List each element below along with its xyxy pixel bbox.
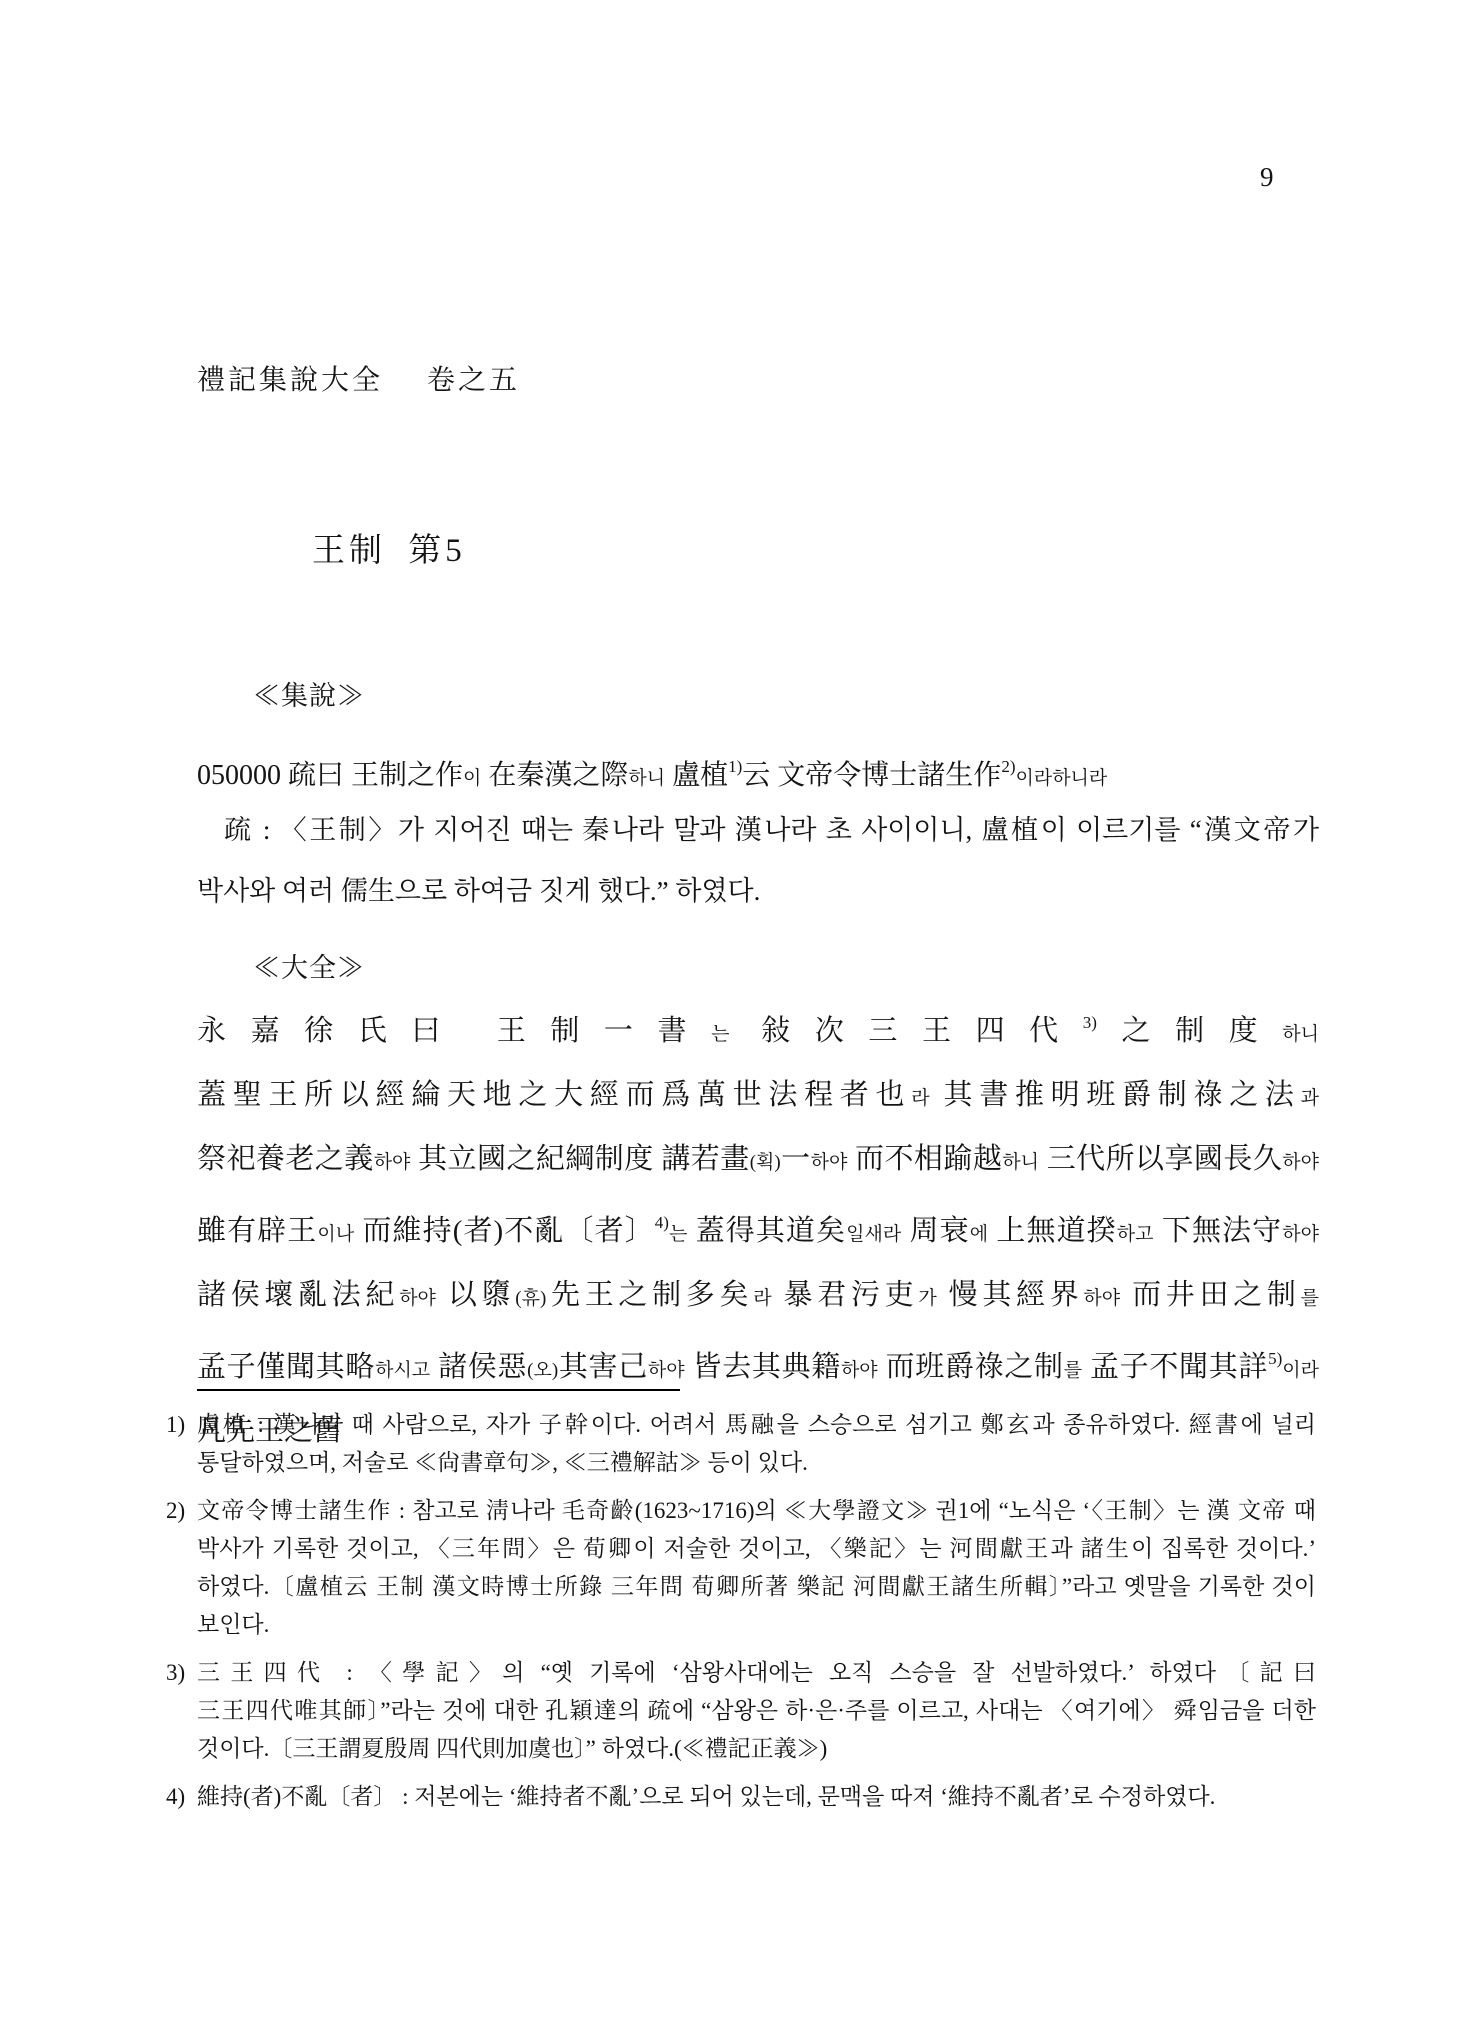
- footnote-item: 4) 維持(者)不亂〔者〕 : 저본에는 ‘維持者不亂’으로 되어 있는데, 문…: [166, 1778, 1316, 1816]
- footnote-item: 1) 盧植 : 漢나라 때 사람으로, 자가 子幹이다. 어려서 馬融을 스승으…: [166, 1406, 1316, 1482]
- page-number: 9: [1260, 162, 1274, 193]
- footnote-text: 盧植 : 漢나라 때 사람으로, 자가 子幹이다. 어려서 馬融을 스승으로 섬…: [197, 1406, 1316, 1482]
- footnote-item: 3) 三王四代 : 〈學記〉의 “옛 기록에 ‘삼왕사대에는 오직 스승을 잘 …: [166, 1654, 1316, 1768]
- footnote-number: 3): [166, 1654, 197, 1768]
- footnotes-block: 1) 盧植 : 漢나라 때 사람으로, 자가 子幹이다. 어려서 馬融을 스승으…: [166, 1406, 1316, 1826]
- footnote-text: 三王四代 : 〈學記〉의 “옛 기록에 ‘삼왕사대에는 오직 스승을 잘 선발하…: [197, 1654, 1316, 1768]
- jipseol-source-line: 050000 疏曰 王制之作이 在秦漢之際하니 盧植1)云 文帝令博士諸生作2)…: [197, 744, 1319, 802]
- jipseol-translation: 疏 : 〈王制〉가 지어진 때는 秦나라 말과 漢나라 초 사이이니, 盧植이 …: [197, 800, 1319, 922]
- footnote-item: 2) 文帝令博士諸生作 : 참고로 淸나라 毛奇齡(1623~1716)의 ≪大…: [166, 1492, 1316, 1644]
- section-label-jipseol: ≪集說≫: [253, 674, 365, 713]
- book-title: 禮記集說大全 卷之五: [197, 358, 520, 398]
- footnote-number: 2): [166, 1492, 197, 1644]
- footnote-text: 維持(者)不亂〔者〕 : 저본에는 ‘維持者不亂’으로 되어 있는데, 문맥을 …: [197, 1778, 1316, 1816]
- chapter-title: 王制 第5: [312, 524, 466, 571]
- document-page: { "page": { "number": "9" }, "header": {…: [0, 0, 1480, 2024]
- section-label-daejeon: ≪大全≫: [253, 946, 365, 985]
- footnote-number: 4): [166, 1778, 197, 1816]
- footnote-text: 文帝令博士諸生作 : 참고로 淸나라 毛奇齡(1623~1716)의 ≪大學證文…: [197, 1492, 1316, 1644]
- footnote-divider: [197, 1389, 680, 1391]
- footnote-number: 1): [166, 1406, 197, 1482]
